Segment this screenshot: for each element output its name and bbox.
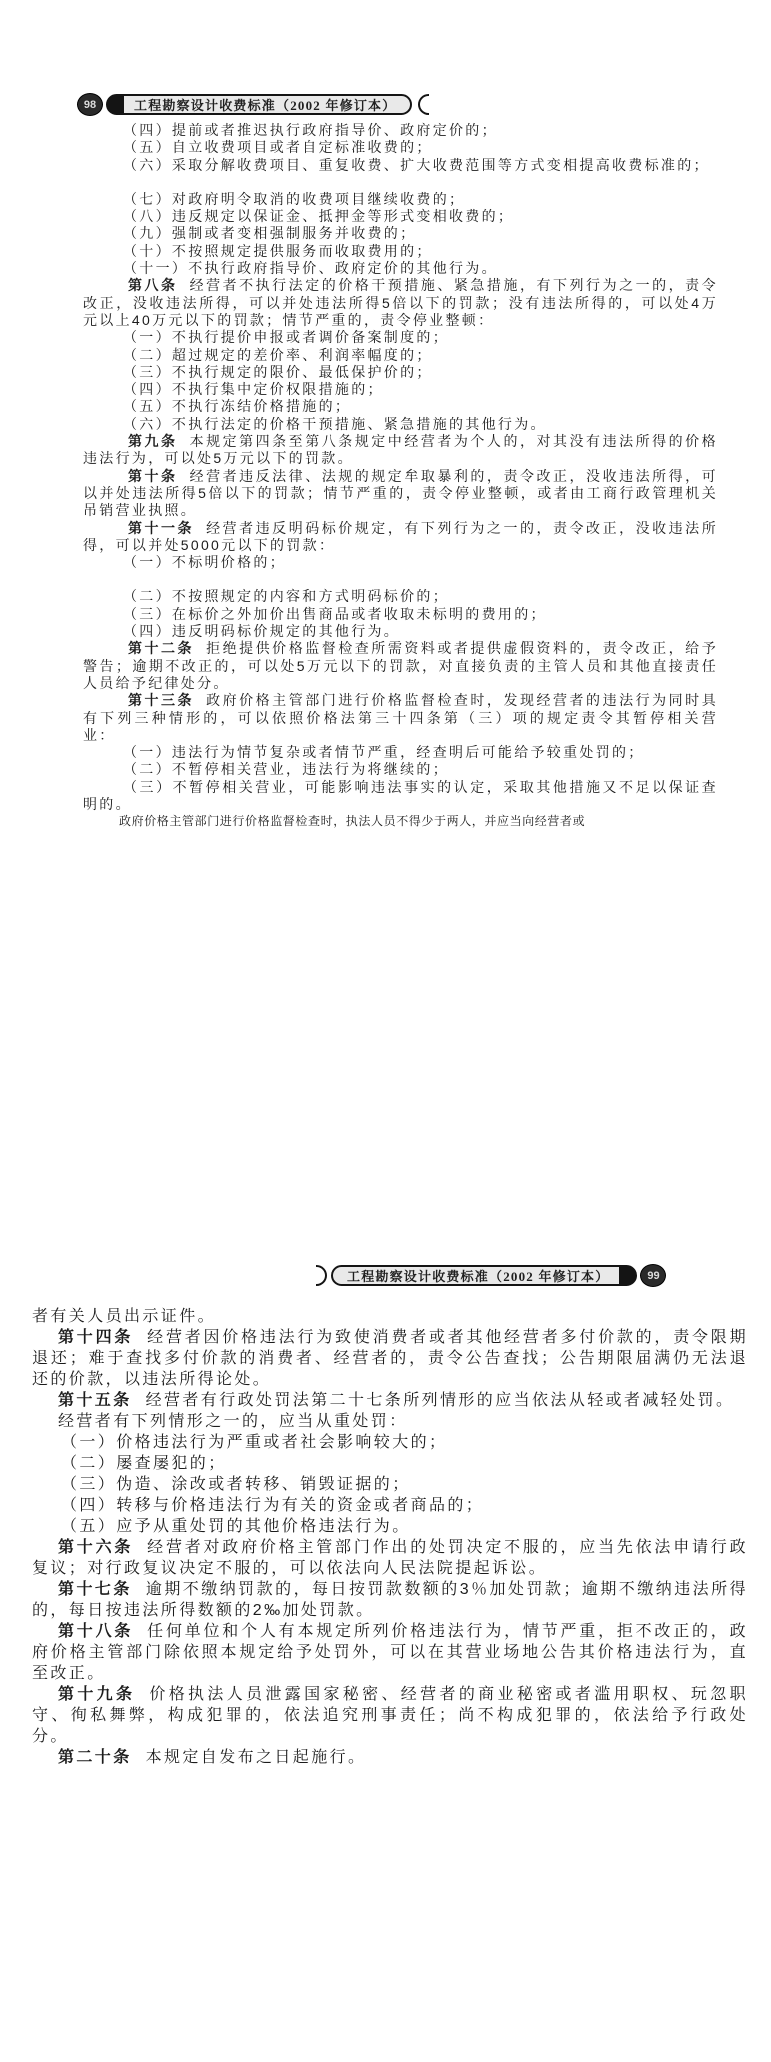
- paragraph-text: （五）自立收费项目或者自定标准收费的；: [123, 139, 433, 155]
- article-number-label: 第十七条: [58, 1581, 146, 1598]
- paragraph: 者有关人员出示证件。: [32, 1306, 748, 1327]
- article-number-label: 第十条: [128, 468, 190, 484]
- paragraph-text: 政府价格主管部门进行价格监督检查时，执法人员不得少于两人，并应当向经营者或: [119, 814, 585, 828]
- article-number-label: 第十四条: [58, 1329, 147, 1346]
- paragraph: 第十七条逾期不缴纳罚款的，每日按罚款数额的3％加处罚款；逾期不缴纳违法所得的，每…: [32, 1579, 748, 1621]
- page-99-body: 者有关人员出示证件。 第十四条经营者因价格违法行为致使消费者或者其他经营者多付价…: [32, 1306, 748, 1768]
- paragraph: （一）价格违法行为严重或者社会影响较大的；: [32, 1432, 748, 1453]
- page-99-header: 工程勘察设计收费标准（2002 年修订本） 99: [316, 1264, 666, 1287]
- article-number-label: 第十一条: [128, 520, 206, 536]
- paragraph: （一）不执行提价申报或者调价备案制度的；: [83, 329, 718, 346]
- paragraph: （一）违法行为情节复杂或者情节严重，经查明后可能给予较重处罚的；: [83, 744, 718, 761]
- paragraph-text: （二）超过规定的差价率、利润率幅度的；: [123, 347, 433, 363]
- paragraph: （四）提前或者推迟执行政府指导价、政府定价的；: [83, 122, 718, 139]
- paragraph: 第二十条本规定自发布之日起施行。: [32, 1747, 748, 1768]
- paragraph-text: 经营者有下列情形之一的，应当从重处罚：: [58, 1413, 408, 1430]
- banner-end-arc-icon: [418, 94, 429, 115]
- paragraph: 第十条经营者违反法律、法规的规定牟取暴利的，责令改正，没收违法所得，可以并处违法…: [83, 468, 718, 520]
- article-number-label: 第十二条: [128, 640, 206, 656]
- paragraph: 第十一条经营者违反明码标价规定，有下列行为之一的，责令改正，没收违法所得，可以并…: [83, 520, 718, 555]
- article-number-label: 第十五条: [58, 1392, 146, 1409]
- paragraph: （一）不标明价格的；: [83, 554, 718, 571]
- paragraph: （二）屡查屡犯的；: [32, 1453, 748, 1474]
- paragraph: （五）应予从重处罚的其他价格违法行为。: [32, 1516, 748, 1537]
- paragraph: 第九条本规定第四条至第八条规定中经营者为个人的，对其没有违法所得的价格违法行为，…: [83, 433, 718, 468]
- header-title-98: 工程勘察设计收费标准（2002 年修订本）: [134, 95, 396, 114]
- paragraph-text: （五）不执行冻结价格措施的；: [123, 398, 351, 414]
- paragraph-text: （十一）不执行政府指导价、政府定价的其他行为。: [123, 260, 498, 276]
- paragraph-text: （六）采取分解收费项目、重复收费、扩大收费范围等方式变相提高收费标准的；: [123, 157, 710, 173]
- paragraph-text: （二）不按照规定的内容和方式明码标价的；: [123, 588, 449, 604]
- paragraph: （六）不执行法定的价格干预措施、紧急措施的其他行为。: [83, 416, 718, 433]
- article-number-label: 第十九条: [58, 1686, 149, 1703]
- paragraph: 经营者有下列情形之一的，应当从重处罚：: [32, 1411, 748, 1432]
- paragraph: （六）采取分解收费项目、重复收费、扩大收费范围等方式变相提高收费标准的；: [83, 157, 718, 174]
- paragraph-text: （八）违反规定以保证金、抵押金等形式变相收费的；: [123, 208, 514, 224]
- article-number-label: 第十三条: [128, 692, 206, 708]
- page-number-badge-99: 99: [640, 1264, 666, 1287]
- paragraph-text: 本规定自发布之日起施行。: [146, 1749, 367, 1766]
- paragraph-text: （七）对政府明令取消的收费项目继续收费的；: [123, 191, 465, 207]
- paragraph: 第十三条政府价格主管部门进行价格监督检查时，发现经营者的违法行为同时具有下列三种…: [83, 692, 718, 744]
- paragraph-text: （四）转移与价格违法行为有关的资金或者商品的；: [61, 1497, 484, 1514]
- article-number-label: 第十六条: [58, 1539, 147, 1556]
- paragraph-text: 者有关人员出示证件。: [32, 1308, 216, 1325]
- page-number-badge-98: 98: [77, 93, 103, 116]
- header-banner-99: 工程勘察设计收费标准（2002 年修订本）: [331, 1265, 637, 1286]
- paragraph: （四）违反明码标价规定的其他行为。: [83, 623, 718, 640]
- paragraph: 政府价格主管部门进行价格监督检查时，执法人员不得少于两人，并应当向经营者或: [83, 813, 718, 830]
- article-number-label: 第十八条: [58, 1623, 147, 1640]
- paragraph-text: （一）不执行提价申报或者调价备案制度的；: [123, 329, 449, 345]
- paragraph-text: （三）不执行规定的限价、最低保护价的；: [123, 364, 433, 380]
- paragraph: 第十九条价格执法人员泄露国家秘密、经营者的商业秘密或者滥用职权、玩忽职守、徇私舞…: [32, 1684, 748, 1747]
- paragraph-text: （六）不执行法定的价格干预措施、紧急措施的其他行为。: [123, 416, 547, 432]
- paragraph: （五）不执行冻结价格措施的；: [83, 398, 718, 415]
- paragraph-text: （四）不执行集中定价权限措施的；: [123, 381, 384, 397]
- paragraph-text: （十）不按照规定提供服务而收取费用的；: [123, 243, 433, 259]
- paragraph: （四）不执行集中定价权限措施的；: [83, 381, 718, 398]
- paragraph-text: 经营者有行政处罚法第二十七条所列情形的应当依法从轻或者减轻处罚。: [146, 1392, 735, 1409]
- paragraph: （三）伪造、涂改或者转移、销毁证据的；: [32, 1474, 748, 1495]
- paragraph: （五）自立收费项目或者自定标准收费的；: [83, 139, 718, 156]
- banner-start-arc-icon: [316, 1265, 327, 1286]
- page-98-body: （四）提前或者推迟执行政府指导价、政府定价的； （五）自立收费项目或者自定标准收…: [83, 122, 718, 830]
- paragraph: （三）在标价之外加价出售商品或者收取未标明的费用的；: [83, 606, 718, 623]
- paragraph-text: （三）在标价之外加价出售商品或者收取未标明的费用的；: [123, 606, 547, 622]
- paragraph: 第十六条经营者对政府价格主管部门作出的处罚决定不服的，应当先依法申请行政复议；对…: [32, 1537, 748, 1579]
- paragraph-text: （四）提前或者推迟执行政府指导价、政府定价的；: [123, 122, 498, 138]
- paragraph: （二）不暂停相关营业，违法行为将继续的；: [83, 761, 718, 778]
- paragraph-text: （一）价格违法行为严重或者社会影响较大的；: [61, 1434, 447, 1451]
- article-number-label: 第八条: [128, 277, 190, 293]
- article-number-label: 第九条: [128, 433, 190, 449]
- paragraph-text: （四）违反明码标价规定的其他行为。: [123, 623, 400, 639]
- paragraph-text: （五）应予从重处罚的其他价格违法行为。: [61, 1518, 411, 1535]
- paragraph: （四）转移与价格违法行为有关的资金或者商品的；: [32, 1495, 748, 1516]
- paragraph: （三）不暂停相关营业，可能影响违法事实的认定，采取其他措施又不足以保证查明的。: [83, 779, 718, 814]
- paragraph-text: （二）不暂停相关营业，违法行为将继续的；: [123, 761, 449, 777]
- header-banner-98: 工程勘察设计收费标准（2002 年修订本）: [106, 94, 412, 115]
- paragraph-text: （一）违法行为情节复杂或者情节严重，经查明后可能给予较重处罚的；: [123, 744, 645, 760]
- article-number-label: 第二十条: [58, 1749, 146, 1766]
- paragraph: （十）不按照规定提供服务而收取费用的；: [83, 243, 718, 260]
- paragraph: （二）不按照规定的内容和方式明码标价的；: [83, 588, 718, 605]
- paragraph: （九）强制或者变相强制服务并收费的；: [83, 225, 718, 242]
- paragraph: （八）违反规定以保证金、抵押金等形式变相收费的；: [83, 208, 718, 225]
- paragraph: （三）不执行规定的限价、最低保护价的；: [83, 364, 718, 381]
- paragraph: （十一）不执行政府指导价、政府定价的其他行为。: [83, 260, 718, 277]
- paragraph: （二）超过规定的差价率、利润率幅度的；: [83, 347, 718, 364]
- page-98-header: 98 工程勘察设计收费标准（2002 年修订本）: [77, 93, 429, 116]
- paragraph-text: （二）屡查屡犯的；: [61, 1455, 227, 1472]
- paragraph: 第十五条经营者有行政处罚法第二十七条所列情形的应当依法从轻或者减轻处罚。: [32, 1390, 748, 1411]
- paragraph-text: （九）强制或者变相强制服务并收费的；: [123, 225, 416, 241]
- paragraph: 第八条经营者不执行法定的价格干预措施、紧急措施，有下列行为之一的，责令改正，没收…: [83, 277, 718, 329]
- paragraph: （七）对政府明令取消的收费项目继续收费的；: [83, 191, 718, 208]
- header-title-99: 工程勘察设计收费标准（2002 年修订本）: [347, 1266, 609, 1285]
- paragraph: 第十二条拒绝提供价格监督检查所需资料或者提供虚假资料的，责令改正，给予警告；逾期…: [83, 640, 718, 692]
- paragraph-text: （一）不标明价格的；: [123, 554, 286, 570]
- paragraph-text: （三）伪造、涂改或者转移、销毁证据的；: [61, 1476, 411, 1493]
- paragraph: 第十四条经营者因价格违法行为致使消费者或者其他经营者多付价款的，责令限期退还；难…: [32, 1327, 748, 1390]
- paragraph: 第十八条任何单位和个人有本规定所列价格违法行为，情节严重，拒不改正的，政府价格主…: [32, 1621, 748, 1684]
- paragraph-text: （三）不暂停相关营业，可能影响违法事实的认定，采取其他措施又不足以保证查明的。: [83, 779, 718, 812]
